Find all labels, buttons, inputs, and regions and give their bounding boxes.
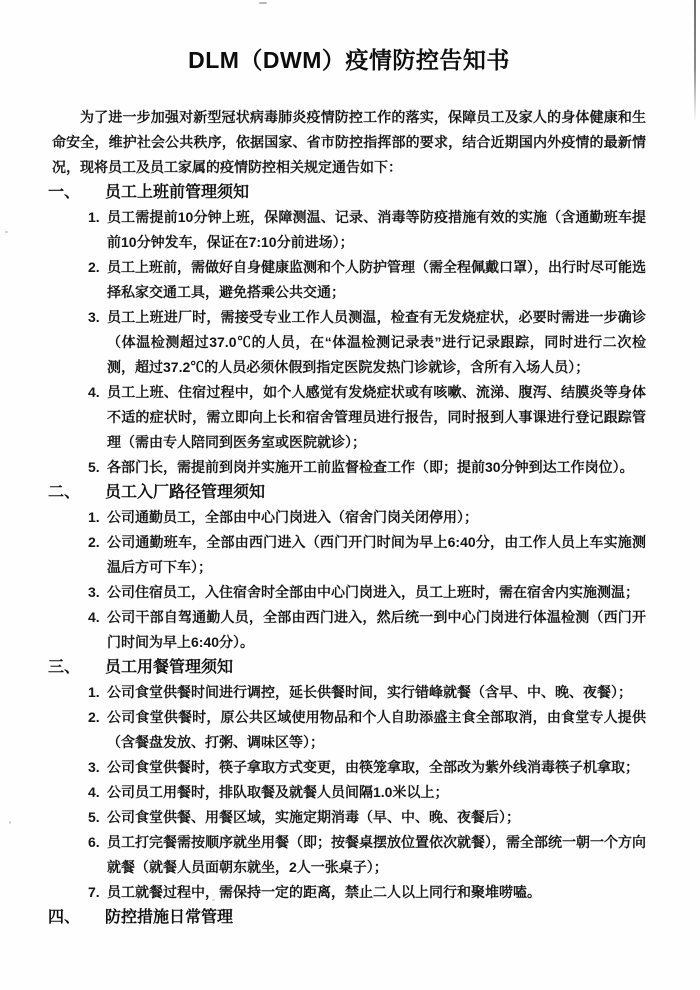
section-heading: 四、防控措施日常管理 — [52, 905, 646, 930]
list-item: 3.公司住宿员工，入住宿舍时全部由中心门岗进入，员工上班时，需在宿舍内实施测温； — [88, 580, 646, 605]
item-number: 2. — [88, 530, 107, 580]
item-number: 4. — [88, 605, 107, 655]
item-text: 公司食堂供餐时，筷子拿取方式变更，由筷笼拿取，全部改为紫外线消毒筷子机拿取； — [107, 755, 646, 780]
item-text: 员工就餐过程中，需保持一定的距离，禁止二人以上同行和聚堆唠嗑。 — [107, 880, 646, 905]
item-text: 员工上班、住宿过程中，如个人感觉有发烧症状或有咳嗽、流涕、腹泻、结膜炎等身体不适… — [107, 380, 646, 455]
section-heading: 三、员工用餐管理须知 — [52, 655, 646, 680]
scan-speck — [259, 2, 267, 4]
list-item: 4.公司员工用餐时，排队取餐及就餐人员间隔1.0米以上； — [88, 780, 646, 805]
scan-edge-line — [694, 0, 696, 122]
item-text: 公司员工用餐时，排队取餐及就餐人员间隔1.0米以上； — [107, 780, 646, 805]
item-text: 公司通勤员工，全部由中心门岗进入（宿舍门岗关闭停用）； — [107, 505, 646, 530]
section-number: 三、 — [48, 655, 105, 680]
list-item: 4.员工上班、住宿过程中，如个人感觉有发烧症状或有咳嗽、流涕、腹泻、结膜炎等身体… — [88, 380, 646, 455]
item-number: 1. — [88, 205, 107, 255]
list-item: 5.各部门长，需提前到岗并实施开工前监督检查工作（即；提前30分钟到达工作岗位）… — [88, 455, 646, 480]
section-number: 一、 — [48, 180, 105, 205]
list-item: 4.公司干部自驾通勤人员，全部由西门进入，然后统一到中心门岗进行体温检测（西门开… — [88, 605, 646, 655]
item-number: 5. — [88, 805, 107, 830]
item-number: 4. — [88, 380, 107, 455]
list-item: 2.公司食堂供餐时，原公共区域使用物品和个人自助添盛主食全部取消，由食堂专人提供… — [88, 705, 646, 755]
list-item: 7.员工就餐过程中，需保持一定的距离，禁止二人以上同行和聚堆唠嗑。 — [88, 880, 646, 905]
scan-speck — [5, 231, 8, 233]
section-title: 员工上班前管理须知 — [105, 180, 249, 205]
item-number: 3. — [88, 755, 107, 780]
section-title: 防控措施日常管理 — [105, 905, 233, 930]
sections: 一、员工上班前管理须知1.员工需提前10分钟上班，保障测温、记录、消毒等防疫措施… — [52, 180, 646, 930]
item-number: 6. — [88, 830, 107, 880]
section-title: 员工用餐管理须知 — [105, 655, 233, 680]
list-item: 3.员工上班进厂时，需接受专业工作人员测温，检查有无发烧症状，必要时需进一步确诊… — [88, 305, 646, 380]
document-page: DLM（DWM）疫情防控告知书 为了进一步加强对新型冠状病毒肺炎疫情防控工作的落… — [0, 0, 700, 990]
list-item: 2.公司通勤班车，全部由西门进入（西门开门时间为早上6:40分，由工作人员上车实… — [88, 530, 646, 580]
item-text: 公司食堂供餐时，原公共区域使用物品和个人自助添盛主食全部取消，由食堂专人提供（含… — [107, 705, 646, 755]
document-title: DLM（DWM）疫情防控告知书 — [52, 45, 646, 75]
section-number: 二、 — [48, 480, 105, 505]
item-text: 公司住宿员工，入住宿舍时全部由中心门岗进入，员工上班时，需在宿舍内实施测温； — [107, 580, 646, 605]
item-text: 公司通勤班车，全部由西门进入（西门开门时间为早上6:40分，由工作人员上车实施测… — [107, 530, 646, 580]
item-text: 员工上班进厂时，需接受专业工作人员测温，检查有无发烧症状，必要时需进一步确诊（体… — [107, 305, 646, 380]
list-item: 5.公司食堂供餐、用餐区域，实施定期消毒（早、中、晚、夜餐后）； — [88, 805, 646, 830]
item-text: 公司干部自驾通勤人员，全部由西门进入，然后统一到中心门岗进行体温检测（西门开门时… — [107, 605, 646, 655]
list-item: 6.员工打完餐需按顺序就坐用餐（即；按餐桌摆放位置依次就餐），需全部统一朝一个方… — [88, 830, 646, 880]
item-text: 公司食堂供餐时间进行调控，延长供餐时间，实行错峰就餐（含早、中、晚、夜餐）； — [107, 680, 646, 705]
item-text: 各部门长，需提前到岗并实施开工前监督检查工作（即；提前30分钟到达工作岗位）。 — [107, 455, 646, 480]
item-number: 1. — [88, 505, 107, 530]
item-number: 1. — [88, 680, 107, 705]
list-item: 3.公司食堂供餐时，筷子拿取方式变更，由筷笼拿取，全部改为紫外线消毒筷子机拿取； — [88, 755, 646, 780]
item-number: 7. — [88, 880, 107, 905]
section-heading: 二、员工入厂路径管理须知 — [52, 480, 646, 505]
item-number: 3. — [88, 305, 107, 380]
item-number: 2. — [88, 255, 107, 305]
item-text: 员工打完餐需按顺序就坐用餐（即；按餐桌摆放位置依次就餐），需全部统一朝一个方向就… — [107, 830, 646, 880]
item-number: 5. — [88, 455, 107, 480]
section-number: 四、 — [48, 905, 105, 930]
item-text: 员工需提前10分钟上班，保障测温、记录、消毒等防疫措施有效的实施（含通勤班车提前… — [107, 205, 646, 255]
item-number: 2. — [88, 705, 107, 755]
item-text: 公司食堂供餐、用餐区域，实施定期消毒（早、中、晚、夜餐后）； — [107, 805, 646, 830]
list-item: 2.员工上班前，需做好自身健康监测和个人防护管理（需全程佩戴口罩），出行时尽可能… — [88, 255, 646, 305]
section-title: 员工入厂路径管理须知 — [105, 480, 265, 505]
item-text: 员工上班前，需做好自身健康监测和个人防护管理（需全程佩戴口罩），出行时尽可能选择… — [107, 255, 646, 305]
item-number: 3. — [88, 580, 107, 605]
list-item: 1.公司通勤员工，全部由中心门岗进入（宿舍门岗关闭停用）； — [88, 505, 646, 530]
list-item: 1.公司食堂供餐时间进行调控，延长供餐时间，实行错峰就餐（含早、中、晚、夜餐）； — [88, 680, 646, 705]
section-heading: 一、员工上班前管理须知 — [52, 180, 646, 205]
intro-paragraph: 为了进一步加强对新型冠状病毒肺炎疫情防控工作的落实，保障员工及家人的身体健康和生… — [52, 105, 646, 180]
list-item: 1.员工需提前10分钟上班，保障测温、记录、消毒等防疫措施有效的实施（含通勤班车… — [88, 205, 646, 255]
scan-speck — [212, 899, 215, 901]
item-number: 4. — [88, 780, 107, 805]
scan-speck — [9, 821, 11, 824]
